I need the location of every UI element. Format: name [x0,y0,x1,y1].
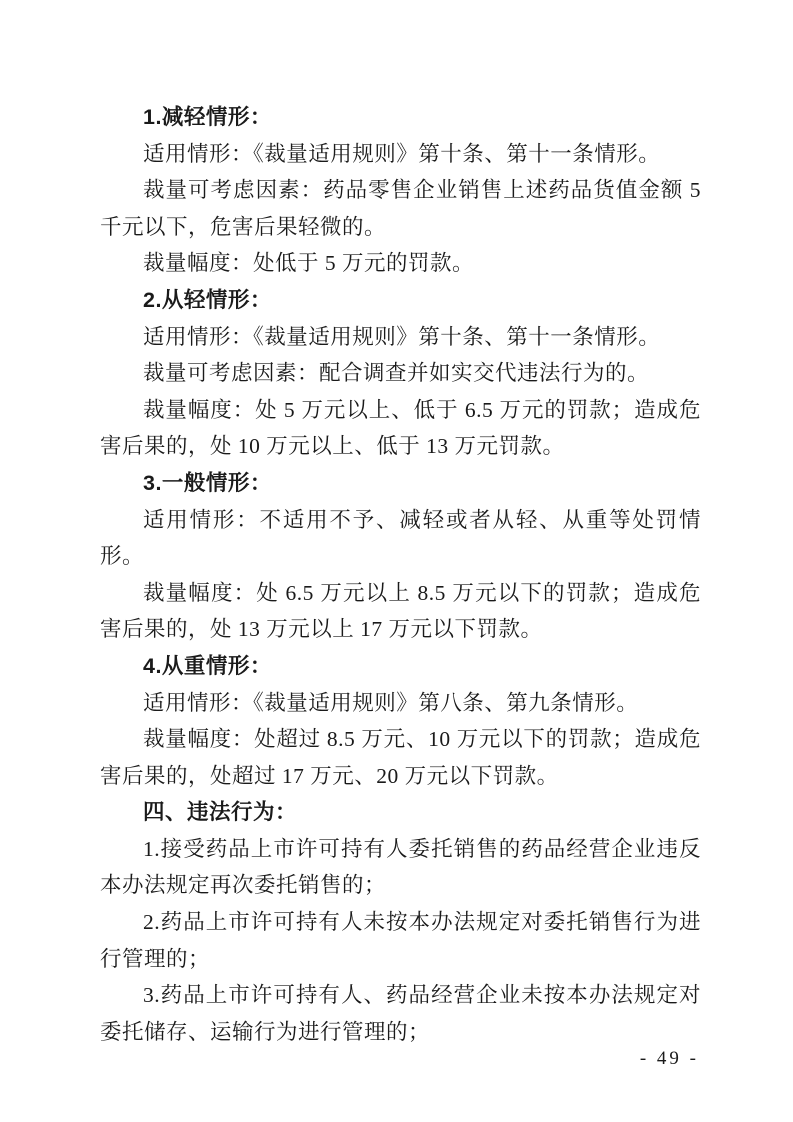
section-heading: 1.减轻情形： [100,99,701,136]
document-page: 1.减轻情形：适用情形：《裁量适用规则》第十条、第十一条情形。裁量可考虑因素：药… [0,0,793,1122]
section-heading: 四、违法行为： [100,794,701,831]
paragraph: 适用情形：《裁量适用规则》第八条、第九条情形。 [100,685,701,722]
section-heading: 2.从轻情形： [100,282,701,319]
document-body: 1.减轻情形：适用情形：《裁量适用规则》第十条、第十一条情形。裁量可考虑因素：药… [100,99,701,1050]
paragraph: 裁量幅度：处 6.5 万元以上 8.5 万元以下的罚款；造成危害后果的，处 13… [100,575,701,648]
paragraph: 裁量可考虑因素：配合调查并如实交代违法行为的。 [100,355,701,392]
paragraph: 裁量幅度：处超过 8.5 万元、10 万元以下的罚款；造成危害后果的，处超过 1… [100,721,701,794]
section-heading: 4.从重情形： [100,648,701,685]
paragraph: 1.接受药品上市许可持有人委托销售的药品经营企业违反本办法规定再次委托销售的； [100,831,701,904]
paragraph: 2.药品上市许可持有人未按本办法规定对委托销售行为进行管理的； [100,904,701,977]
paragraph: 裁量幅度：处 5 万元以上、低于 6.5 万元的罚款；造成危害后果的，处 10 … [100,392,701,465]
paragraph: 3.药品上市许可持有人、药品经营企业未按本办法规定对委托储存、运输行为进行管理的… [100,977,701,1050]
paragraph: 适用情形：《裁量适用规则》第十条、第十一条情形。 [100,136,701,173]
paragraph: 裁量幅度：处低于 5 万元的罚款。 [100,245,701,282]
paragraph: 适用情形：不适用不予、减轻或者从轻、从重等处罚情形。 [100,502,701,575]
paragraph: 裁量可考虑因素：药品零售企业销售上述药品货值金额 5 千元以下，危害后果轻微的。 [100,172,701,245]
section-heading: 3.一般情形： [100,465,701,502]
paragraph: 适用情形：《裁量适用规则》第十条、第十一条情形。 [100,319,701,356]
page-number: - 49 - [640,1048,699,1070]
